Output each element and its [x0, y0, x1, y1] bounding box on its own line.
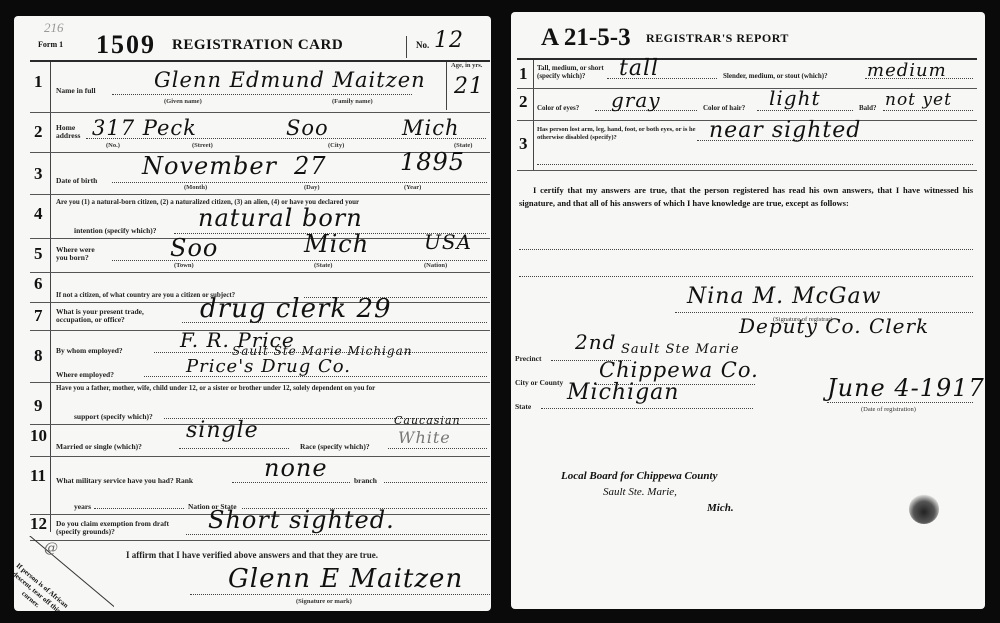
marital-label: Married or single (which)?	[56, 442, 142, 451]
dotted-line	[179, 448, 289, 449]
column-rule	[50, 62, 51, 532]
row-rule	[30, 272, 490, 273]
address-street: 317 Peck	[92, 116, 197, 140]
registrar-title: Deputy Co. Clerk	[739, 314, 929, 338]
date-line	[827, 402, 973, 403]
rule	[30, 60, 490, 62]
row-number: 3	[519, 134, 528, 154]
card-title: REGISTRATION CARD	[172, 37, 343, 54]
build-label: Slender, medium, or stout (which)?	[723, 72, 828, 80]
city-county-label: City or County	[515, 378, 563, 387]
marital-value: single	[186, 418, 259, 443]
address-city: Soo	[286, 116, 329, 140]
employer-label: By whom employed?	[56, 346, 123, 355]
city-county-value: Chippewa Co.	[599, 358, 759, 382]
build-value: medium	[867, 60, 947, 81]
caption: (Nation)	[424, 262, 447, 269]
dob-year: 1895	[400, 148, 465, 176]
city-note: Sault Ste Marie	[621, 342, 740, 357]
row-rule	[30, 112, 490, 113]
dotted-line	[112, 260, 487, 261]
row-number: 1	[519, 64, 528, 84]
height-value: tall	[619, 56, 659, 81]
row-rule	[30, 238, 490, 239]
row-number: 6	[34, 274, 43, 294]
name-label: Name in full	[56, 86, 96, 95]
citizenship-label: intention (specify which)?	[74, 226, 157, 235]
hair-color-value: light	[769, 86, 821, 110]
disability-value: near sighted	[709, 118, 861, 143]
dotted-line	[232, 482, 350, 483]
registrar-signature: Nina M. McGaw	[687, 284, 881, 309]
height-label: Tall, medium, or short (specify which)?	[537, 64, 607, 80]
affirmation-text: I affirm that I have verified above answ…	[126, 550, 378, 560]
dotted-line	[94, 508, 184, 509]
card-number: 12	[434, 28, 464, 53]
exceptions-line	[519, 276, 973, 277]
dotted-line	[883, 110, 973, 111]
registrars-report: A 21-5-3 REGISTRAR'S REPORT 1 Tall, medi…	[511, 12, 985, 609]
hair-color-label: Color of hair?	[703, 104, 745, 112]
race-label: Race (specify which)?	[300, 442, 370, 451]
row-number: 9	[34, 396, 43, 416]
race-value: White	[398, 428, 451, 447]
dotted-line	[388, 448, 487, 449]
caption: (Day)	[304, 184, 320, 191]
birth-state: Mich	[304, 230, 369, 258]
row-number: 4	[34, 204, 43, 224]
row-rule	[30, 382, 490, 383]
family-name-caption: (Family name)	[332, 98, 373, 105]
ink-stain	[909, 494, 939, 524]
serial-number: 1509	[96, 30, 156, 60]
row-rule	[517, 170, 977, 171]
name-value: Glenn Edmund Maitzen	[154, 68, 426, 92]
dotted-line	[112, 94, 412, 95]
corner-mark: @	[44, 540, 59, 556]
caption: (Town)	[174, 262, 194, 269]
report-title: REGISTRAR'S REPORT	[646, 31, 789, 46]
dotted-line	[541, 408, 753, 409]
precinct-label: Precinct	[515, 354, 542, 363]
military-value: none	[264, 454, 328, 482]
dob-day: 27	[294, 152, 327, 180]
row-rule	[517, 88, 977, 89]
certification-text: I certify that my answers are true, that…	[519, 184, 973, 210]
precinct-value: 2nd	[575, 330, 616, 354]
caption: (Month)	[184, 184, 207, 191]
eye-color-label: Color of eyes?	[537, 104, 579, 112]
registration-card-front: 216 Form 1 1509 REGISTRATION CARD No. 12…	[14, 16, 491, 611]
dependents-label: support (specify which)?	[74, 412, 153, 421]
row-number: 10	[30, 426, 47, 446]
disability-label: Has person lost arm, leg, hand, foot, or…	[537, 126, 697, 142]
row-number: 8	[34, 346, 43, 366]
row-rule	[30, 456, 490, 457]
exemption-value: Short sighted.	[208, 506, 395, 534]
stamp-local-board: Local Board for Chippewa County	[561, 470, 717, 482]
pencil-mark: 216	[44, 20, 64, 36]
given-name-caption: (Given name)	[164, 98, 202, 105]
military-label: What military service have you had? Rank	[56, 476, 193, 485]
bald-value: not yet	[885, 90, 952, 110]
signature-line	[190, 594, 490, 595]
citizenship-value: natural born	[198, 204, 363, 232]
occupation-label: What is your present trade, occupation, …	[56, 308, 166, 324]
row-number: 7	[34, 306, 43, 326]
form-label: Form 1	[38, 40, 63, 49]
row-number: 1	[34, 72, 43, 92]
caption: (City)	[328, 142, 344, 149]
column-rule	[533, 60, 534, 170]
branch-label: branch	[354, 476, 377, 485]
dob-month: November	[142, 152, 277, 180]
birthplace-label: Where were you born?	[56, 246, 104, 262]
stamp-city: Sault Ste. Marie,	[603, 486, 677, 498]
registrant-signature: Glenn E Maitzen	[228, 564, 463, 594]
state-label: State	[515, 402, 531, 411]
employment-place-value: Price's Drug Co.	[186, 356, 351, 377]
dotted-line	[112, 182, 487, 183]
exceptions-line	[519, 249, 973, 250]
caption: (No.)	[106, 142, 120, 149]
state-value: Michigan	[567, 380, 679, 405]
home-address-label: Home address	[56, 124, 86, 140]
occupation-value: drug clerk 29	[200, 294, 392, 324]
date-caption: (Date of registration)	[861, 406, 916, 413]
dob-label: Date of birth	[56, 176, 97, 185]
row-number: 2	[34, 122, 43, 142]
dotted-line	[384, 482, 487, 483]
divider	[406, 36, 407, 58]
age-divider	[446, 62, 447, 110]
tear-off-corner: @ If person is of African descent, tear …	[14, 536, 114, 611]
eye-color-value: gray	[611, 88, 661, 112]
row-number: 12	[30, 514, 47, 534]
caption: (Year)	[404, 184, 421, 191]
no-label: No.	[416, 40, 429, 50]
caption: (State)	[314, 262, 332, 269]
dotted-line	[186, 534, 487, 535]
dependents-question: Have you a father, mother, wife, child u…	[56, 384, 375, 392]
registrar-signature-line	[675, 312, 973, 313]
employment-place-label: Where employed?	[56, 370, 114, 379]
bald-label: Bald?	[859, 104, 877, 112]
dotted-line	[537, 164, 973, 165]
address-state: Mich	[402, 116, 460, 140]
registration-date: June 4-1917	[827, 374, 985, 402]
row-rule	[30, 194, 490, 195]
report-serial: A 21-5-3	[541, 24, 631, 52]
years-label: years	[74, 502, 91, 511]
birth-nation: USA	[424, 230, 472, 254]
age-label: Age, in yrs.	[451, 62, 482, 69]
exemption-label: Do you claim exemption from draft (speci…	[56, 520, 186, 536]
caption: (Street)	[192, 142, 213, 149]
race-note: Caucasian	[394, 414, 461, 427]
tear-off-instructions: If person is of African descent, tear of…	[14, 560, 72, 611]
age-value: 21	[454, 74, 484, 99]
row-number: 3	[34, 164, 43, 184]
row-number: 5	[34, 244, 43, 264]
stamp-state: Mich.	[707, 502, 734, 514]
row-number: 11	[30, 466, 46, 486]
signature-caption: (Signature or mark)	[296, 598, 352, 605]
birth-town: Soo	[170, 234, 218, 262]
row-number: 2	[519, 92, 528, 112]
dotted-line	[757, 110, 853, 111]
